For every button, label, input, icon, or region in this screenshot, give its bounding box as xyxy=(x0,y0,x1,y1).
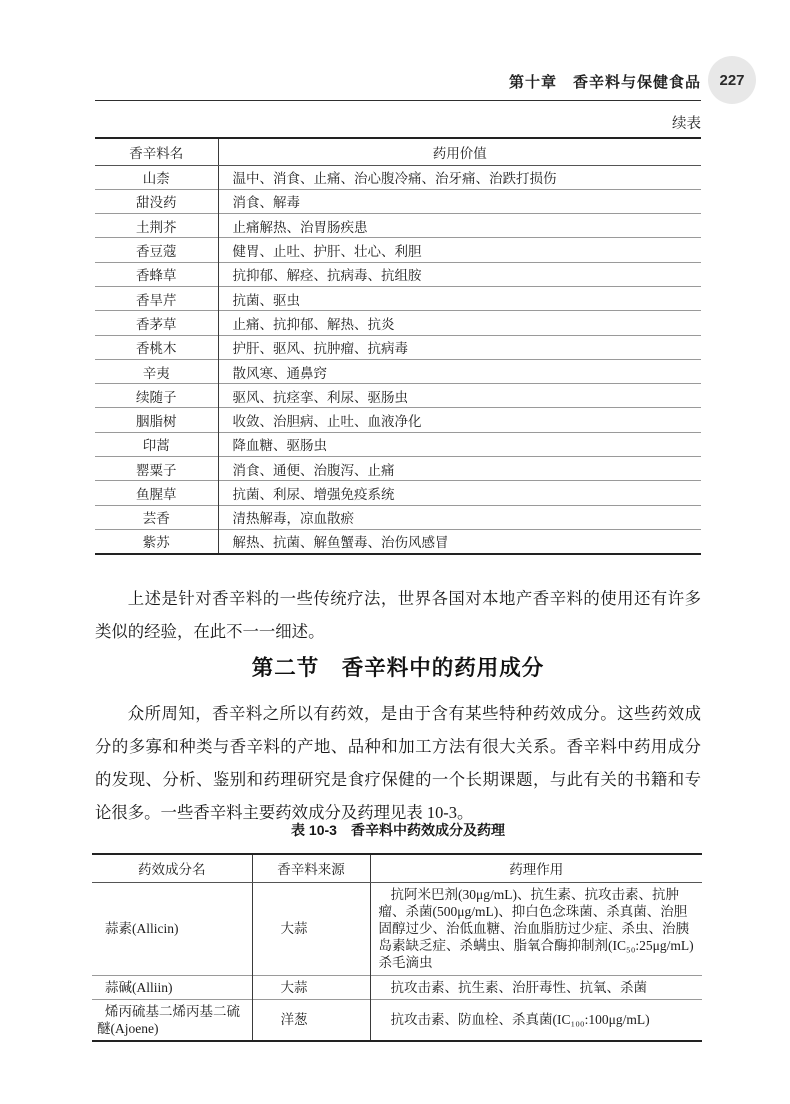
book-page: 第十章 香辛料与保健食品 227 续表 香辛料名 药用价值 山柰温中、消食、止痛… xyxy=(0,0,790,1104)
table-row: 紫苏解热、抗菌、解鱼蟹毒、治伤风感冒 xyxy=(95,529,701,553)
table-cell: 健胃、止吐、护肝、壮心、利胆 xyxy=(218,238,701,262)
running-head: 第十章 香辛料与保健食品 xyxy=(95,71,701,92)
table-cell: 蒜碱(Alliin) xyxy=(92,975,252,999)
table-row: 辛夷散风寒、通鼻窍 xyxy=(95,359,701,383)
table-row: 山柰温中、消食、止痛、治心腹冷痛、治牙痛、治跌打损伤 xyxy=(95,165,701,189)
table-body: 山柰温中、消食、止痛、治心腹冷痛、治牙痛、治跌打损伤甜没药消食、解毒土荆芥止痛解… xyxy=(95,165,701,554)
table-cell: 护肝、驱风、抗肿瘤、抗病毒 xyxy=(218,335,701,359)
table-cell: 消食、通便、治腹泻、止痛 xyxy=(218,457,701,481)
table-cell: 洋葱 xyxy=(252,999,370,1041)
table-cell: 芸香 xyxy=(95,505,218,529)
table-cell: 土荆芥 xyxy=(95,214,218,238)
table-row: 香蜂草抗抑郁、解痉、抗病毒、抗组胺 xyxy=(95,262,701,286)
table-row: 香桃木护肝、驱风、抗肿瘤、抗病毒 xyxy=(95,335,701,359)
table-cell: 续随子 xyxy=(95,384,218,408)
table-cell: 胭脂树 xyxy=(95,408,218,432)
table-cell: 止痛、抗抑郁、解热、抗炎 xyxy=(218,311,701,335)
table-cell: 烯丙硫基二烯丙基二硫醚(Ajoene) xyxy=(92,999,252,1041)
table-cell: 抗阿米巴剂(30μg/mL)、抗生素、抗攻击素、抗肿瘤、杀菌(500μg/mL)… xyxy=(370,882,702,975)
table-row: 香茅草止痛、抗抑郁、解热、抗炎 xyxy=(95,311,701,335)
table-header-row: 药效成分名 香辛料来源 药理作用 xyxy=(92,854,702,882)
table-row: 蒜素(Allicin)大蒜抗阿米巴剂(30μg/mL)、抗生素、抗攻击素、抗肿瘤… xyxy=(92,882,702,975)
active-components-table: 药效成分名 香辛料来源 药理作用 蒜素(Allicin)大蒜抗阿米巴剂(30μg… xyxy=(92,853,702,1042)
table-cell: 山柰 xyxy=(95,165,218,189)
table-row: 印蒿降血糖、驱肠虫 xyxy=(95,432,701,456)
table-row: 鱼腥草抗菌、利尿、增强免疫系统 xyxy=(95,481,701,505)
header-divider xyxy=(95,100,701,101)
table-cell: 香豆蔻 xyxy=(95,238,218,262)
table-cell: 止痛解热、治胃肠疾患 xyxy=(218,214,701,238)
table-header-row: 香辛料名 药用价值 xyxy=(95,138,701,165)
table-cell: 温中、消食、止痛、治心腹冷痛、治牙痛、治跌打损伤 xyxy=(218,165,701,189)
column-header-medicinal-value: 药用价值 xyxy=(218,138,701,165)
table-cell: 辛夷 xyxy=(95,359,218,383)
table-cell: 香旱芹 xyxy=(95,286,218,310)
table-cell: 解热、抗菌、解鱼蟹毒、治伤风感冒 xyxy=(218,529,701,553)
column-header-spice-source: 香辛料来源 xyxy=(252,854,370,882)
table-row: 甜没药消食、解毒 xyxy=(95,189,701,213)
table-row: 蒜碱(Alliin)大蒜抗攻击素、抗生素、治肝毒性、抗氧、杀菌 xyxy=(92,975,702,999)
table-cell: 蒜素(Allicin) xyxy=(92,882,252,975)
chapter-title: 第十章 香辛料与保健食品 xyxy=(509,74,701,91)
table-cell: 抗攻击素、防血栓、杀真菌(IC₁₀₀:100μg/mL) xyxy=(370,999,702,1041)
continued-table-label: 续表 xyxy=(95,112,701,133)
table-row: 香豆蔻健胃、止吐、护肝、壮心、利胆 xyxy=(95,238,701,262)
page-number: 227 xyxy=(719,72,744,89)
table-cell: 抗攻击素、抗生素、治肝毒性、抗氧、杀菌 xyxy=(370,975,702,999)
table-cell: 大蒜 xyxy=(252,975,370,999)
table-cell: 收敛、治胆病、止吐、血液净化 xyxy=(218,408,701,432)
column-header-spice-name: 香辛料名 xyxy=(95,138,218,165)
table-body: 蒜素(Allicin)大蒜抗阿米巴剂(30μg/mL)、抗生素、抗攻击素、抗肿瘤… xyxy=(92,882,702,1041)
table-row: 罂粟子消食、通便、治腹泻、止痛 xyxy=(95,457,701,481)
table-cell: 驱风、抗痉挛、利尿、驱肠虫 xyxy=(218,384,701,408)
table-row: 香旱芹抗菌、驱虫 xyxy=(95,286,701,310)
table-cell: 印蒿 xyxy=(95,432,218,456)
page-number-badge: 227 xyxy=(708,56,756,104)
table-row: 烯丙硫基二烯丙基二硫醚(Ajoene)洋葱抗攻击素、防血栓、杀真菌(IC₁₀₀:… xyxy=(92,999,702,1041)
table-cell: 香茅草 xyxy=(95,311,218,335)
table-cell: 消食、解毒 xyxy=(218,189,701,213)
table-row: 胭脂树收敛、治胆病、止吐、血液净化 xyxy=(95,408,701,432)
table-cell: 鱼腥草 xyxy=(95,481,218,505)
column-header-component-name: 药效成分名 xyxy=(92,854,252,882)
table-cell: 降血糖、驱肠虫 xyxy=(218,432,701,456)
paragraph-traditional-therapies: 上述是针对香辛料的一些传统疗法，世界各国对本地产香辛料的使用还有许多类似的经验，… xyxy=(95,582,701,648)
table-cell: 紫苏 xyxy=(95,529,218,553)
table-caption: 表 10-3 香辛料中药效成分及药理 xyxy=(95,820,701,840)
paragraph-medicinal-components: 众所周知，香辛料之所以有药效，是由于含有某些特种药效成分。这些药效成分的多寡和种… xyxy=(95,697,701,829)
table-cell: 香蜂草 xyxy=(95,262,218,286)
table-cell: 罂粟子 xyxy=(95,457,218,481)
section-title: 第二节 香辛料中的药用成分 xyxy=(95,651,701,682)
table-row: 芸香清热解毒，凉血散瘀 xyxy=(95,505,701,529)
table-row: 续随子驱风、抗痉挛、利尿、驱肠虫 xyxy=(95,384,701,408)
table-cell: 抗菌、利尿、增强免疫系统 xyxy=(218,481,701,505)
table-cell: 抗抑郁、解痉、抗病毒、抗组胺 xyxy=(218,262,701,286)
spice-medicinal-value-table: 香辛料名 药用价值 山柰温中、消食、止痛、治心腹冷痛、治牙痛、治跌打损伤甜没药消… xyxy=(95,137,701,555)
table-row: 土荆芥止痛解热、治胃肠疾患 xyxy=(95,214,701,238)
table-cell: 香桃木 xyxy=(95,335,218,359)
table-cell: 抗菌、驱虫 xyxy=(218,286,701,310)
table-cell: 大蒜 xyxy=(252,882,370,975)
table-cell: 散风寒、通鼻窍 xyxy=(218,359,701,383)
table-cell: 清热解毒，凉血散瘀 xyxy=(218,505,701,529)
column-header-pharmacology: 药理作用 xyxy=(370,854,702,882)
table-cell: 甜没药 xyxy=(95,189,218,213)
